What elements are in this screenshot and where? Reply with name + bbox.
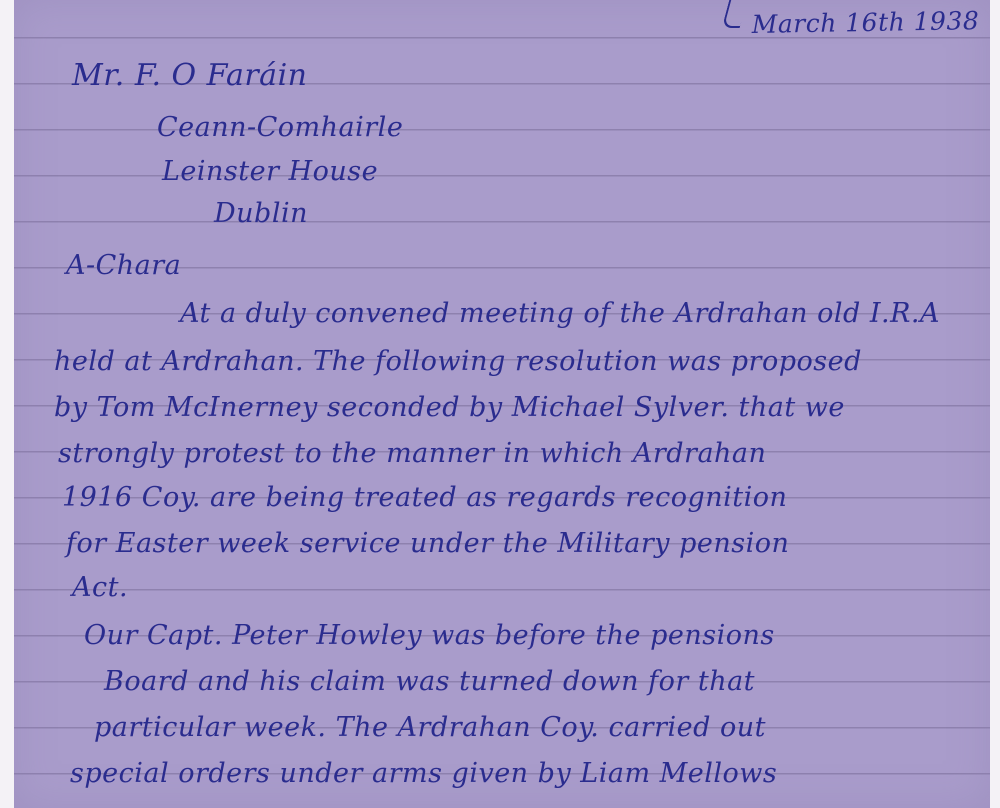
body-line: Act.	[72, 572, 128, 603]
body-line: Board and his claim was turned down for …	[104, 666, 755, 697]
body-line: particular week. The Ardrahan Coy. carri…	[94, 712, 766, 743]
recipient-address-line-2: Leinster House	[162, 156, 378, 187]
body-line: held at Ardrahan. The following resoluti…	[54, 346, 862, 377]
body-line: strongly protest to the manner in which …	[58, 438, 766, 469]
letter-page: March 16th 1938 Mr. F. O Faráin Ceann-Co…	[14, 0, 990, 808]
body-line: At a duly convened meeting of the Ardrah…	[180, 298, 940, 329]
recipient-name: Mr. F. O Faráin	[72, 58, 308, 93]
body-line: by Tom McInerney seconded by Michael Syl…	[54, 392, 845, 423]
body-line: 1916 Coy. are being treated as regards r…	[62, 482, 787, 513]
recipient-address-line-1: Ceann-Comhairle	[157, 112, 403, 143]
body-line: Our Capt. Peter Howley was before the pe…	[84, 620, 775, 651]
body-line: for Easter week service under the Milita…	[66, 528, 789, 559]
letter-date: March 16th 1938	[751, 6, 979, 39]
salutation: A-Chara	[66, 250, 181, 281]
recipient-address-line-3: Dublin	[214, 198, 308, 229]
body-line: special orders under arms given by Liam …	[70, 758, 777, 789]
date-flourish	[722, 0, 749, 28]
